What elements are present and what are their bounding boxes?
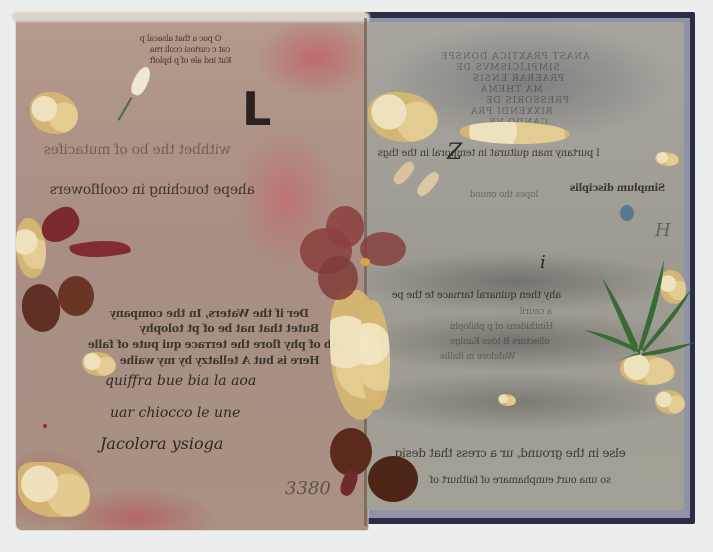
handwriting-line: quiffra bue bia la aoa [105, 373, 256, 389]
print-line: ollecturs B tous Kanlge [450, 337, 549, 347]
print-line: Butet that nat be of pt tolophy [140, 322, 319, 335]
dried-pansy-petal [368, 456, 418, 502]
inscription-line: MA THEMA [480, 85, 543, 95]
print-line: a cauril [520, 307, 552, 317]
print-line: Der if the Waters, In the company [110, 307, 309, 320]
gold-leaf [655, 152, 679, 166]
red-ink-dot [43, 424, 47, 428]
inscription-line: RIXXENDI PRA [470, 107, 553, 117]
print-line: Kut ind ale of p bploft [150, 56, 232, 65]
print-line: I purtany man quiturat in temporal in th… [378, 148, 600, 159]
print-line: ahepe touching in coolflowers [50, 182, 255, 198]
inscription-line: ANAST PRAXTICA DONSPE [440, 52, 590, 62]
blue-pigment-spot [620, 205, 634, 221]
print-line: so una ourt eunphamare of faithurt of [430, 475, 611, 486]
orchid-center [360, 258, 370, 266]
print-line: Here is but A tellatzy by my waihe [120, 354, 320, 367]
print-line: cat c curiosi ccoli rna [150, 45, 230, 54]
inscription-line: PRAERAR ENSIS [472, 74, 564, 84]
handwriting-line: Jacolora ysioga [100, 434, 223, 453]
cannabis-leaf-icon [582, 258, 702, 368]
print-line: Wahdore m itallie [440, 352, 515, 362]
gold-leaf [655, 390, 685, 414]
print-line: lopes tho onuod [470, 190, 538, 200]
handwritten-mark: i [540, 252, 546, 273]
stamp-letter: L [242, 86, 271, 132]
gold-leaf [82, 352, 116, 376]
print-line: Ab of phy flore the terrace qui pute of … [88, 338, 340, 351]
number-scrawl: 3380 [285, 478, 331, 499]
print-line: withbet the bo of mutacifes [44, 142, 231, 158]
print-line: else in the ground, ur a cress that desi… [395, 446, 626, 460]
gold-leaf [460, 122, 570, 144]
dried-pansy-petal [58, 276, 94, 316]
gold-leaf [498, 394, 516, 406]
handwriting-line: uar chiocco le une [110, 405, 240, 421]
print-line: O poc a that alsacal p [140, 34, 221, 43]
orchid-petal [318, 256, 358, 300]
handwritten-mark: Z [447, 140, 462, 165]
left-page [16, 18, 368, 530]
orchid-petal [326, 206, 364, 248]
print-line: Simplum disciplis [570, 183, 665, 194]
dried-pansy-petal [330, 428, 372, 476]
inscription-line: SIMPLICISMVS DE [455, 63, 560, 73]
inscription-line: PRESSORIS DE [485, 96, 569, 106]
handwritten-mark: H [655, 220, 671, 241]
print-line: ahy then quinaral tarnace te the pe [392, 290, 561, 301]
print-line: Hinthidens of p philophi [450, 322, 553, 332]
